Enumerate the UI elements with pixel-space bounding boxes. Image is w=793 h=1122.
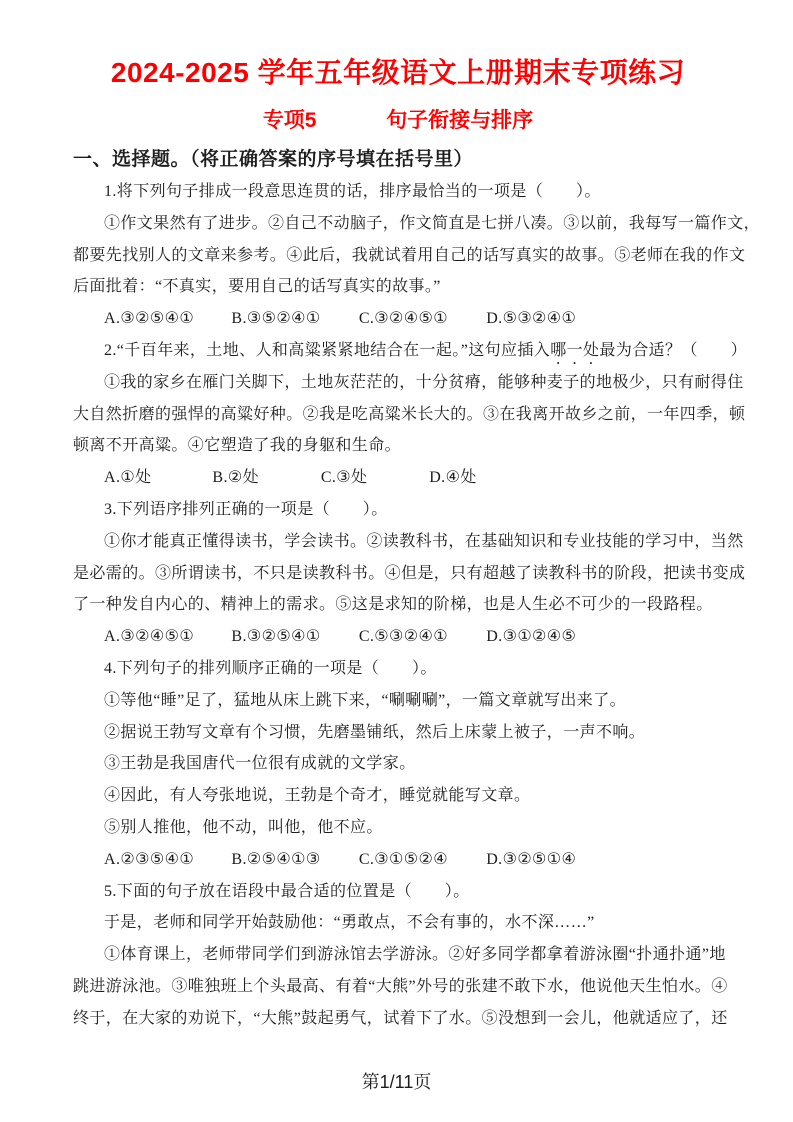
q2-stem-emphasis: 哪一处 — [550, 342, 599, 359]
q4-sentence-line: ⑤别人推他，他不动，叫他，他不应。 — [73, 812, 723, 844]
q3-option-d: D.③①②④⑤ — [486, 621, 576, 653]
q4-options-row: A.②③⑤④① B.②⑤④①③ C.③①⑤②④ D.③②⑤①④ — [73, 844, 723, 876]
q2-option-a: A.①处 — [104, 462, 208, 494]
q4-sentence-line: ③王勃是我国唐代一位很有成就的文学家。 — [73, 748, 723, 780]
q2-option-c: C.③处 — [321, 462, 425, 494]
q4-sentence-line: ①等他“睡”足了，猛地从床上跳下来，“唰唰唰”，一篇文章就写出来了。 — [73, 685, 723, 717]
q1-stem: 1.将下列句子排成一段意思连贯的话，排序最恰当的一项是（ ）。 — [73, 176, 723, 208]
q4-option-a: A.②③⑤④① — [104, 844, 227, 876]
q4-option-b: B.②⑤④①③ — [231, 844, 354, 876]
q3-passage-line: ①你才能真正懂得读书，学会读书。②读教科书，在基础知识和专业技能的学习中，当然 — [73, 526, 723, 558]
q5-passage-line: 终于，在大家的劝说下，“大熊”鼓起勇气，试着下了水。⑤没想到一会儿，他就适应了，… — [73, 1003, 723, 1035]
q4-sentence-line: ②据说王勃写文章有个习惯，先磨墨铺纸，然后上床蒙上被子，一声不响。 — [73, 717, 723, 749]
q3-options-row: A.③②④⑤① B.③②⑤④① C.⑤③②④① D.③①②④⑤ — [73, 621, 723, 653]
section-heading: 一、选择题。（将正确答案的序号填在括号里） — [73, 147, 723, 173]
q1-option-b: B.③⑤②④① — [231, 303, 354, 335]
q1-option-c: C.③②④⑤① — [359, 303, 482, 335]
q2-options-row: A.①处 B.②处 C.③处 D.④处 — [73, 462, 723, 494]
q3-stem: 3.下列语序排列正确的一项是（ ）。 — [73, 494, 723, 526]
page-subtitle: 专项5 句子衔接与排序 — [73, 107, 723, 135]
q1-passage-line: 都要先找别人的文章来参考。④此后，我就试着用自己的话写真实的故事。⑤老师在我的作… — [73, 240, 723, 272]
page-number: 第1/11页 — [0, 1070, 793, 1094]
q2-stem-pre: 2.“千百年来，土地、人和高粱紧紧地结合在一起。”这句应插入 — [104, 342, 550, 359]
subtitle-topic: 句子衔接与排序 — [386, 109, 533, 132]
q2-passage-line: 顿离不开高粱。④它塑造了我的身躯和生命。 — [73, 430, 723, 462]
q1-passage-line: 后面批着：“不真实，要用自己的话写真实的故事。” — [73, 271, 723, 303]
q3-passage-line: 了一种发自内心的、精神上的需求。⑤这是求知的阶梯，也是人生必不可少的一段路程。 — [73, 589, 723, 621]
q2-option-d: D.④处 — [429, 462, 477, 494]
q2-passage-line: ①我的家乡在雁门关脚下，土地灰茫茫的，十分贫瘠，能够种麦子的地极少，只有耐得住 — [73, 367, 723, 399]
q1-option-a: A.③②⑤④① — [104, 303, 227, 335]
q4-option-d: D.③②⑤①④ — [486, 844, 576, 876]
q5-passage-line: ①体育课上，老师带同学们到游泳馆去学游泳。②好多同学都拿着游泳圈“扑通扑通”地 — [73, 939, 723, 971]
q5-insert-sentence: 于是，老师和同学开始鼓励他：“勇敢点，不会有事的，水不深……” — [73, 907, 723, 939]
q4-option-c: C.③①⑤②④ — [359, 844, 482, 876]
subtitle-label: 专项5 — [263, 109, 317, 132]
question-list: 1.将下列句子排成一段意思连贯的话，排序最恰当的一项是（ ）。 ①作文果然有了进… — [73, 176, 723, 1035]
q3-passage-line: 是必需的。③所谓读书，不只是读教科书。④但是，只有超越了读教科书的阶段，把读书变… — [73, 558, 723, 590]
q1-option-d: D.⑤③②④① — [486, 303, 576, 335]
q1-passage-line: ①作文果然有了进步。②自己不动脑子，作文简直是七拼八凑。③以前，我每写一篇作文， — [73, 208, 723, 240]
q1-options-row: A.③②⑤④① B.③⑤②④① C.③②④⑤① D.⑤③②④① — [73, 303, 723, 335]
q3-option-c: C.⑤③②④① — [359, 621, 482, 653]
q4-sentence-line: ④因此，有人夸张地说，王勃是个奇才，睡觉就能写文章。 — [73, 780, 723, 812]
q5-passage-line: 跳进游泳池。③唯独班上个头最高、有着“大熊”外号的张建不敢下水，他说他天生怕水。… — [73, 971, 723, 1003]
worksheet-page: 2024-2025 学年五年级语文上册期末专项练习 专项5 句子衔接与排序 一、… — [0, 0, 793, 1122]
q2-option-b: B.②处 — [212, 462, 316, 494]
q2-passage-line: 大自然折磨的强悍的高粱好种。②我是吃高粱米长大的。③在我离开故乡之前，一年四季，… — [73, 399, 723, 431]
q2-stem: 2.“千百年来，土地、人和高粱紧紧地结合在一起。”这句应插入哪一处最为合适？（ … — [73, 335, 723, 367]
q5-stem: 5.下面的句子放在语段中最合适的位置是（ ）。 — [73, 876, 723, 908]
q4-stem: 4.下列句子的排列顺序正确的一项是（ ）。 — [73, 653, 723, 685]
page-title: 2024-2025 学年五年级语文上册期末专项练习 — [73, 55, 723, 91]
q3-option-a: A.③②④⑤① — [104, 621, 227, 653]
q2-stem-post: 最为合适？（ ） — [599, 342, 747, 359]
q3-option-b: B.③②⑤④① — [231, 621, 354, 653]
